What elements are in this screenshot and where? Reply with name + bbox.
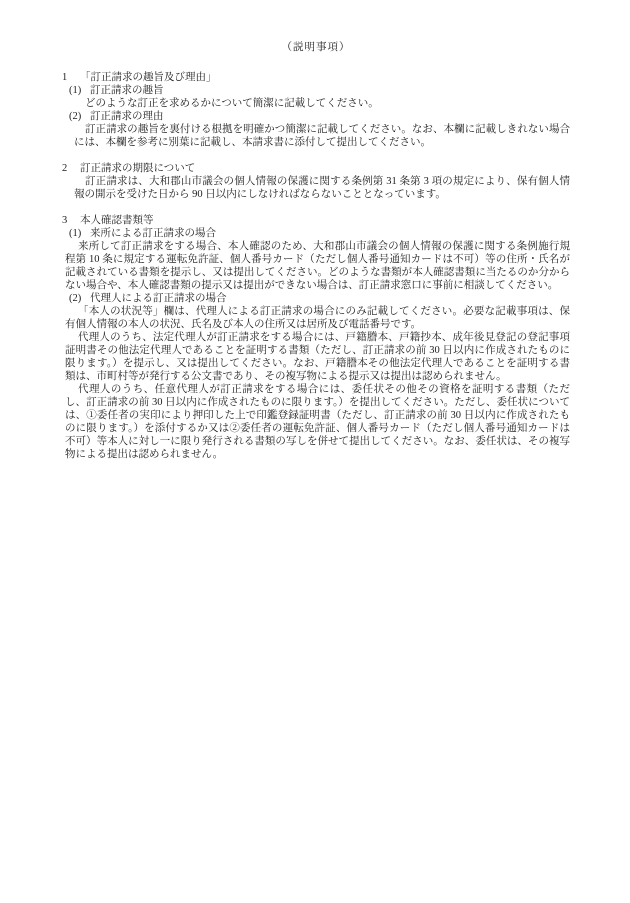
section-2-heading-row: 2 訂正請求の期限について xyxy=(62,162,570,175)
document-page: （説明事項） 1 「訂正請求の趣旨及び理由」 (1) 訂正請求の趣旨 どのような… xyxy=(0,0,630,903)
item-heading: 来所による訂正請求の場合 xyxy=(90,227,216,240)
page-title: （説明事項） xyxy=(62,41,570,54)
paragraph: 来所して訂正請求をする場合、本人確認のため、大和郡山市議会の個人情報の保護に関す… xyxy=(65,240,570,292)
section-number: 3 xyxy=(62,214,80,227)
item-number: (1) xyxy=(69,227,90,240)
section-2: 2 訂正請求の期限について 訂正請求は、大和郡山市議会の個人情報の保護に関する条… xyxy=(62,162,570,201)
item-heading: 訂正請求の理由 xyxy=(90,110,164,123)
section-heading: 本人確認書類等 xyxy=(80,214,154,227)
section-number: 1 xyxy=(62,71,80,84)
item-heading: 代理人による訂正請求の場合 xyxy=(90,292,227,305)
section-3-heading-row: 3 本人確認書類等 xyxy=(62,214,570,227)
paragraph: 訂正請求の趣旨を裏付ける根拠を明確かつ簡潔に記載してください。なお、本欄に記載し… xyxy=(74,123,570,149)
item-number: (2) xyxy=(69,292,90,305)
paragraph: 代理人のうち、任意代理人が訂正請求をする場合には、委任状その他その資格を証明する… xyxy=(65,383,570,461)
paragraph: 訂正請求は、大和郡山市議会の個人情報の保護に関する条例第 31 条第 3 項の規… xyxy=(74,175,570,201)
section-3-item-1-heading-row: (1) 来所による訂正請求の場合 xyxy=(62,227,570,240)
section-3-item-2-heading-row: (2) 代理人による訂正請求の場合 xyxy=(62,292,570,305)
item-number: (2) xyxy=(69,110,90,123)
section-heading: 「訂正請求の趣旨及び理由」 xyxy=(80,71,217,84)
section-1: 1 「訂正請求の趣旨及び理由」 (1) 訂正請求の趣旨 どのような訂正を求めるか… xyxy=(62,71,570,149)
item-heading: 訂正請求の趣旨 xyxy=(90,84,164,97)
section-3: 3 本人確認書類等 (1) 来所による訂正請求の場合 来所して訂正請求をする場合… xyxy=(62,214,570,461)
paragraph: どのような訂正を求めるかについて簡潔に記載してください。 xyxy=(74,97,570,110)
section-number: 2 xyxy=(62,162,80,175)
section-1-item-1-heading-row: (1) 訂正請求の趣旨 xyxy=(62,84,570,97)
section-1-item-2-heading-row: (2) 訂正請求の理由 xyxy=(62,110,570,123)
section-heading: 訂正請求の期限について xyxy=(80,162,195,175)
item-number: (1) xyxy=(69,84,90,97)
section-1-heading-row: 1 「訂正請求の趣旨及び理由」 xyxy=(62,71,570,84)
paragraph: 代理人のうち、法定代理人が訂正請求をする場合には、戸籍謄本、戸籍抄本、成年後見登… xyxy=(65,331,570,383)
paragraph: 「本人の状況等」欄は、代理人による訂正請求の場合にのみ記載してください。必要な記… xyxy=(65,305,570,331)
